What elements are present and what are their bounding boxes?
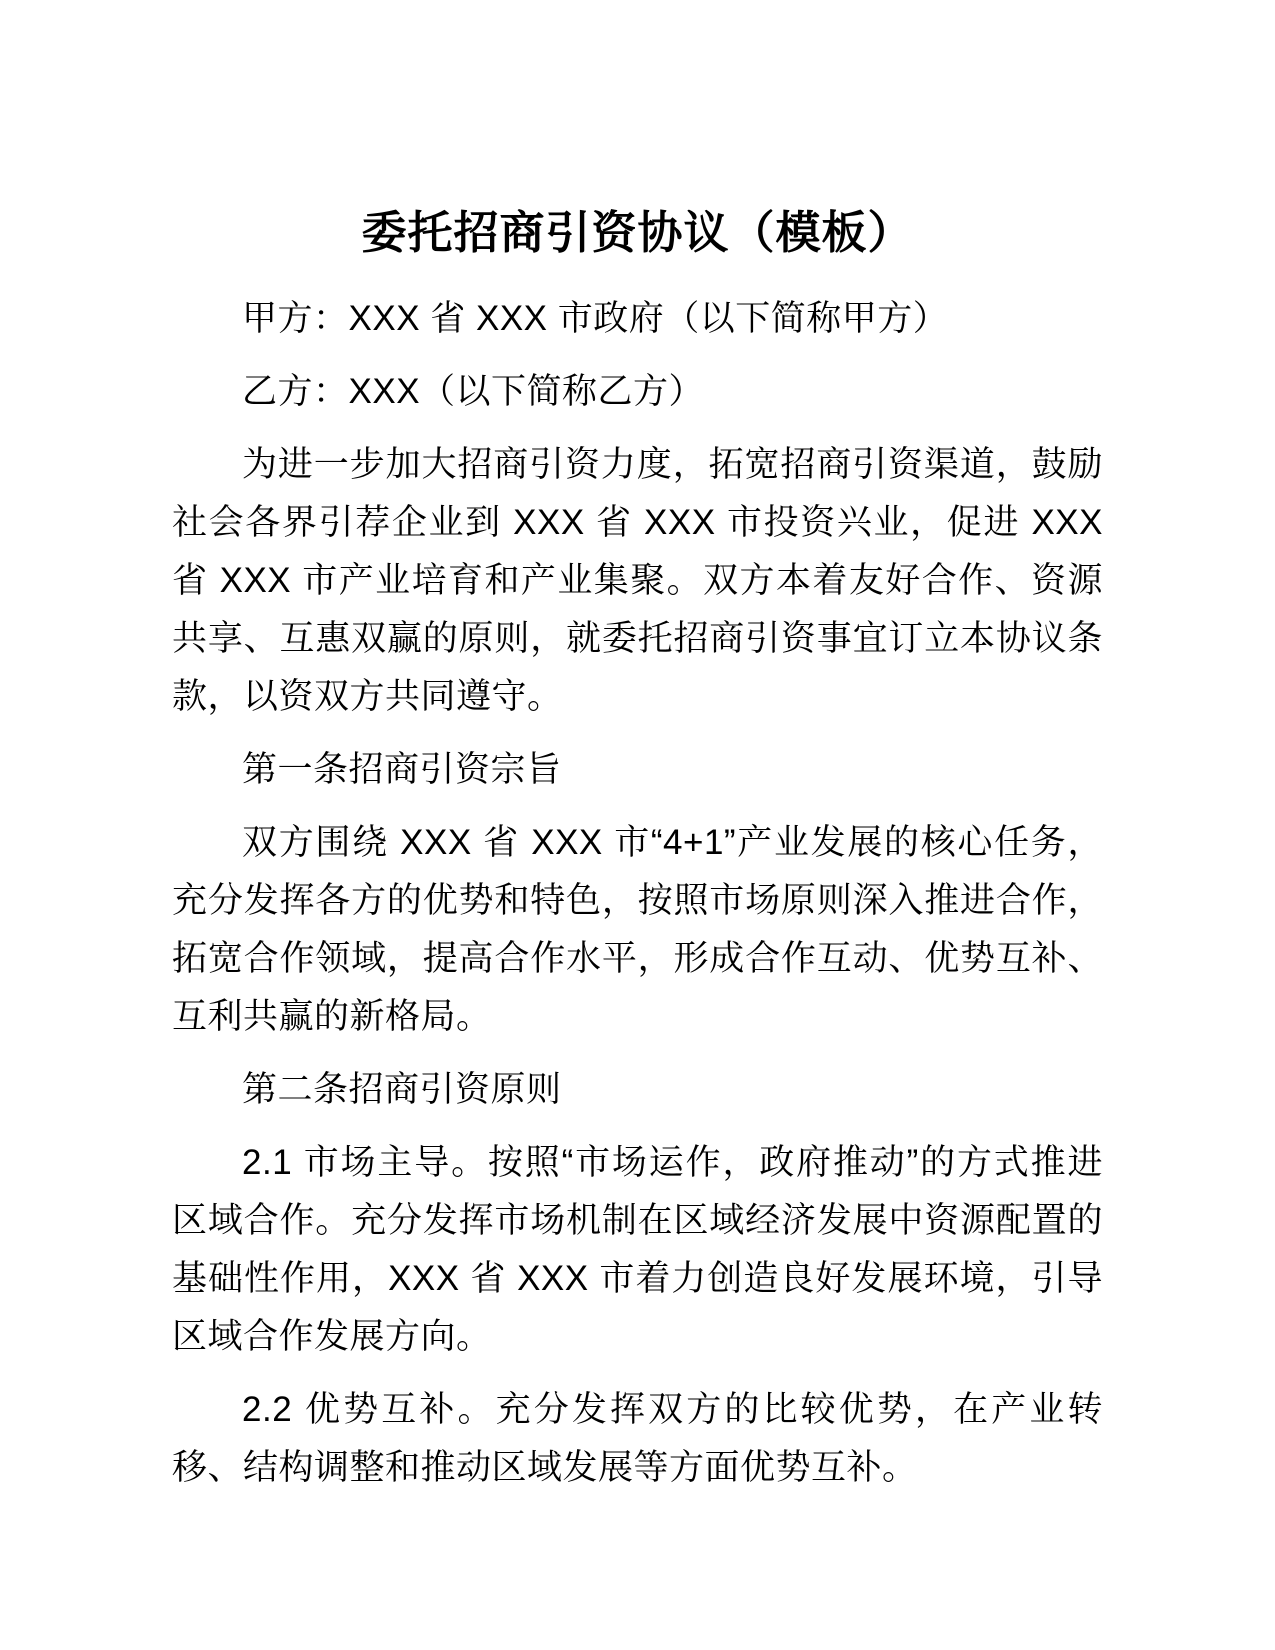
preamble-paragraph: 为进一步加大招商引资力度，拓宽招商引资渠道，鼓励社会各界引荐企业到 XXX 省 … — [172, 436, 1103, 726]
document-content: 委托招商引资协议（模板） 甲方：XXX 省 XXX 市政府（以下简称甲方） 乙方… — [0, 0, 1275, 1497]
document-title: 委托招商引资协议（模板） — [172, 204, 1103, 262]
document-page: 委托招商引资协议（模板） 甲方：XXX 省 XXX 市政府（以下简称甲方） 乙方… — [0, 0, 1275, 1650]
section-heading-article-2: 第二条招商引资原则 — [172, 1061, 1103, 1119]
section-heading-article-1: 第一条招商引资宗旨 — [172, 741, 1103, 799]
party-a-line: 甲方：XXX 省 XXX 市政府（以下简称甲方） — [172, 290, 1103, 348]
clause-2-1-paragraph: 2.1 市场主导。按照“市场运作，政府推动”的方式推进区域合作。充分发挥市场机制… — [172, 1134, 1103, 1366]
party-b-line: 乙方：XXX（以下简称乙方） — [172, 363, 1103, 421]
clause-2-2-paragraph: 2.2 优势互补。充分发挥双方的比较优势，在产业转移、结构调整和推动区域发展等方… — [172, 1381, 1103, 1497]
article-1-body-paragraph: 双方围绕 XXX 省 XXX 市“4+1”产业发展的核心任务，充分发挥各方的优势… — [172, 814, 1103, 1046]
